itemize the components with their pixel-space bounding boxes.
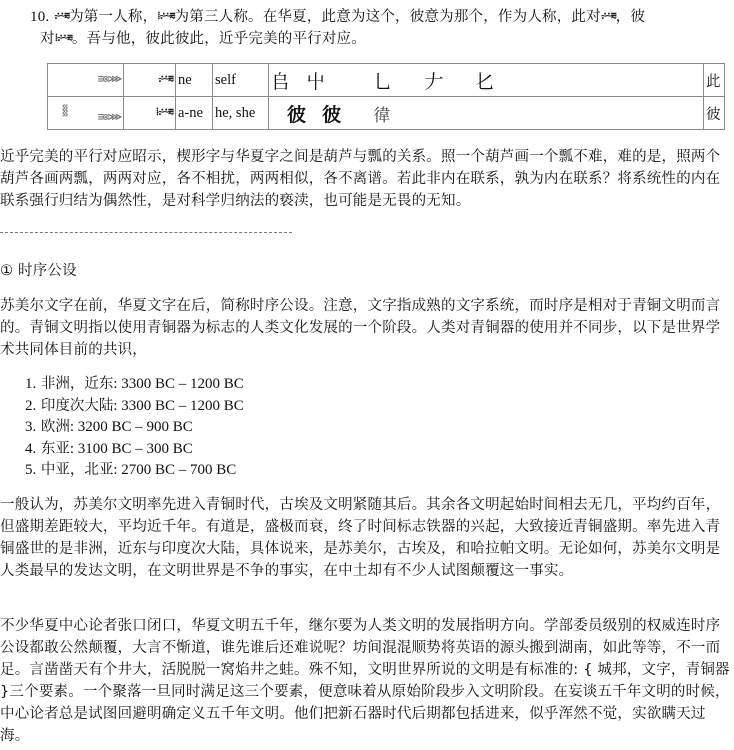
ancient-glyph: 彼 <box>322 104 346 126</box>
cuneiform-ne-glyph: ⩫⩪⩳ <box>601 11 616 23</box>
paragraph-parallel-correspondence: 近乎完美的平行对应昭示，楔形字与华夏字之间是葫芦与瓢的关系。照一个葫芦画一个瓢不… <box>0 146 730 212</box>
ancient-glyph: 屮 <box>306 71 330 93</box>
ancient-forms-cell: 𢓊 彼 彼 𢓊 徫 𢔆 𢕟 <box>269 97 704 130</box>
ancient-forms-bi: 𢓊 彼 彼 𢓊 徫 𢔆 𢕟 <box>271 104 427 126</box>
cuneiform-sign-icon: ≡⊗⋙ <box>98 74 121 86</box>
paragraph-sinocentric-critique: 不少华夏中心论者张口闭口，华夏文明五千年，继尔要为人类文明的发展指明方向。学部委… <box>0 615 730 747</box>
cuneiform-sign-icon: ≡⊗⋙ <box>98 112 121 124</box>
list-item: 4. 东亚: 3100 BC – 300 BC <box>25 439 244 461</box>
intro-text-2b: 。吾与他，彼此彼此，近乎完美的平行对应。 <box>72 31 366 47</box>
intro-text-2a: 对 <box>40 31 55 47</box>
intro-line-2: 对⁞⩫⩪⩳。吾与他，彼此彼此，近乎完美的平行对应。 <box>40 28 734 50</box>
list-item: 2. 印度次大陆: 3300 BC – 1200 BC <box>25 396 244 418</box>
ancient-glyph: 徫 <box>373 106 395 126</box>
paragraph-sumerian-precedence: 一般认为，苏美尔文明率先进入青铜时代，古埃及文明紧随其后。其余各文明起始时间相去… <box>0 494 730 582</box>
ancient-glyph: 𠤎 <box>475 71 499 93</box>
cuneiform-ane-glyph: ⁞⩫⩪⩳ <box>55 33 72 45</box>
list-item: 5. 中亚，北亚: 2700 BC – 700 BC <box>25 460 244 482</box>
bronze-age-list: 1. 非洲，近东: 3300 BC – 1200 BC 2. 印度次大陆: 33… <box>0 374 244 482</box>
ancient-glyph: 彼 <box>287 104 311 126</box>
dashed-divider <box>0 232 292 233</box>
ancient-glyph: 𣦵 <box>408 71 413 93</box>
cuneiform-ane-glyph: ⁞⩫⩪⩳ <box>157 11 174 23</box>
cuneiform-ane-glyph: ⁞⩫⩪⩳ <box>156 107 173 119</box>
character-comparison-table: ≡⊗⋙ ⩫⩪⩳ ne self 𠂤 屮 𠧢 𣥂 乚 𣦵 𠂇 𣥀 𠤎 𣥖 此 <box>47 63 725 130</box>
ancient-glyph: 乚 <box>373 71 397 93</box>
cuneiform-ne-glyph: ⩫⩪⩳ <box>158 74 173 86</box>
ancient-glyph: 𠂤 <box>271 71 295 93</box>
cuneiform-cell: ⩫⩪⩳ <box>124 64 176 97</box>
modern-char-cell: 彼 <box>704 97 725 130</box>
item-number: 10. <box>30 9 49 25</box>
intro-line-1: 10. ⩫⩪⩳为第一人称，⁞⩫⩪⩳为第三人称。在华夏，此意为这个，彼意为那个，作… <box>30 6 734 28</box>
modern-char-cell: 此 <box>704 64 725 97</box>
meaning-cell: self <box>213 64 269 97</box>
ancient-glyph: 𠧢 <box>341 71 346 93</box>
meaning-cell: he, she <box>213 97 269 130</box>
section-title: ① 时序公设 <box>0 260 730 282</box>
ancient-glyph: 𢓊 <box>271 106 276 126</box>
list-item: 3. 欧洲: 3200 BC – 900 BC <box>25 417 244 439</box>
intro-text-1c: ，彼 <box>616 9 645 25</box>
ancient-glyph: 𣥂 <box>357 71 362 93</box>
ancient-forms-ci: 𠂤 屮 𠧢 𣥂 乚 𣦵 𠂇 𣥀 𠤎 𣥖 <box>271 71 516 93</box>
sign-cell: ⸾⸾ ≡⊗⋙ <box>48 97 124 130</box>
intro-text-1a: 为第一人称， <box>69 9 157 25</box>
ancient-glyph: 𠂇 <box>424 71 448 93</box>
ancient-glyph: 𢓊 <box>357 106 362 126</box>
ancient-glyph: 𢕟 <box>422 106 427 126</box>
cuneiform-cell: ⁞⩫⩪⩳ <box>124 97 176 130</box>
table-row: ≡⊗⋙ ⩫⩪⩳ ne self 𠂤 屮 𠧢 𣥂 乚 𣦵 𠂇 𣥀 𠤎 𣥖 此 <box>48 64 725 97</box>
vertical-strokes-glyph: ⸾⸾ <box>62 105 67 117</box>
ancient-forms-cell: 𠂤 屮 𠧢 𣥂 乚 𣦵 𠂇 𣥀 𠤎 𣥖 <box>269 64 704 97</box>
cuneiform-ne-glyph: ⩫⩪⩳ <box>54 11 69 23</box>
list-item: 1. 非洲，近东: 3300 BC – 1200 BC <box>25 374 244 396</box>
transliteration-cell: ne <box>176 64 213 97</box>
table-row: ⸾⸾ ≡⊗⋙ ⁞⩫⩪⩳ a-ne he, she 𢓊 彼 彼 𢓊 徫 𢔆 𢕟 彼 <box>48 97 725 130</box>
transliteration-cell: a-ne <box>176 97 213 130</box>
ancient-glyph: 𣥖 <box>511 71 516 93</box>
ancient-glyph: 𣥀 <box>459 71 464 93</box>
ancient-glyph: 𢔆 <box>406 106 411 126</box>
intro-text-1b: 为第三人称。在华夏，此意为这个，彼意为那个，作为人称，此对 <box>175 9 601 25</box>
sign-cell: ≡⊗⋙ <box>48 64 124 97</box>
paragraph-timing-postulate: 苏美尔文字在前，华夏文字在后，简称时序公设。注意，文字指成熟的文字系统，而时序是… <box>0 295 730 361</box>
